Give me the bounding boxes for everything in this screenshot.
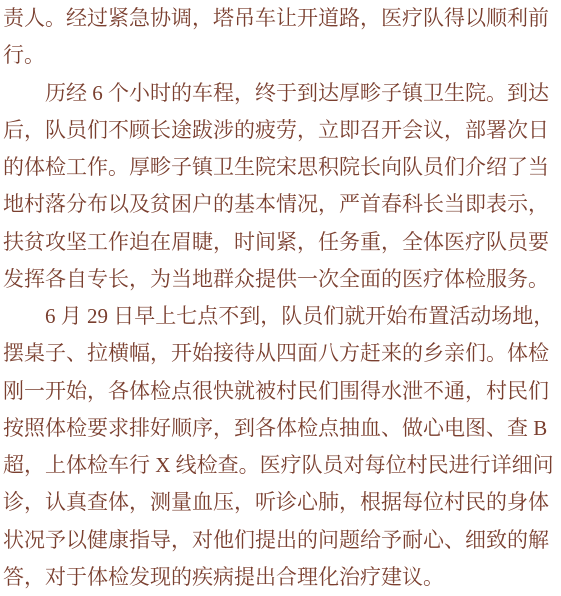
text-line: 摆桌子、拉横幅，开始接待从四面八方赶来的乡亲们。体检	[3, 335, 546, 372]
text-line: 答，对于体检发现的疾病提出合理化治疗建议。	[3, 559, 546, 596]
text-line: 行。	[3, 37, 546, 74]
text-line: 按照体检要求排好顺序，到各体检点抽血、做心电图、查 B	[3, 410, 546, 447]
text-line: 状况予以健康指导，对他们提出的问题给予耐心、细致的解	[3, 522, 546, 559]
text-line: 刚一开始，各体检点很快就被村民们围得水泄不通，村民们	[3, 373, 546, 410]
text-line: 6 月 29 日早上七点不到，队员们就开始布置活动场地，	[3, 298, 546, 335]
text-line: 后，队员们不顾长途跋涉的疲劳，立即召开会议，部署次日	[3, 112, 546, 149]
text-line: 扶贫攻坚工作迫在眉睫，时间紧，任务重，全体医疗队员要	[3, 224, 546, 261]
text-line: 地村落分布以及贫困户的基本情况，严首春科长当即表示，	[3, 186, 546, 223]
document-text-block: 责人。经过紧急协调，塔吊车让开道路，医疗队得以顺利前行。历经 6 个小时的车程，…	[3, 0, 546, 596]
document-page: 责人。经过紧急协调，塔吊车让开道路，医疗队得以顺利前行。历经 6 个小时的车程，…	[0, 0, 561, 596]
text-line: 发挥各自专长，为当地群众提供一次全面的医疗体检服务。	[3, 261, 546, 298]
text-line: 超，上体检车行 X 线检查。医疗队员对每位村民进行详细问	[3, 447, 546, 484]
text-line: 的体检工作。厚畛子镇卫生院宋思积院长向队员们介绍了当	[3, 149, 546, 186]
text-line: 历经 6 个小时的车程，终于到达厚畛子镇卫生院。到达	[3, 75, 546, 112]
text-line: 责人。经过紧急协调，塔吊车让开道路，医疗队得以顺利前	[3, 0, 546, 37]
text-line: 诊，认真查体，测量血压，听诊心肺，根据每位村民的身体	[3, 484, 546, 521]
